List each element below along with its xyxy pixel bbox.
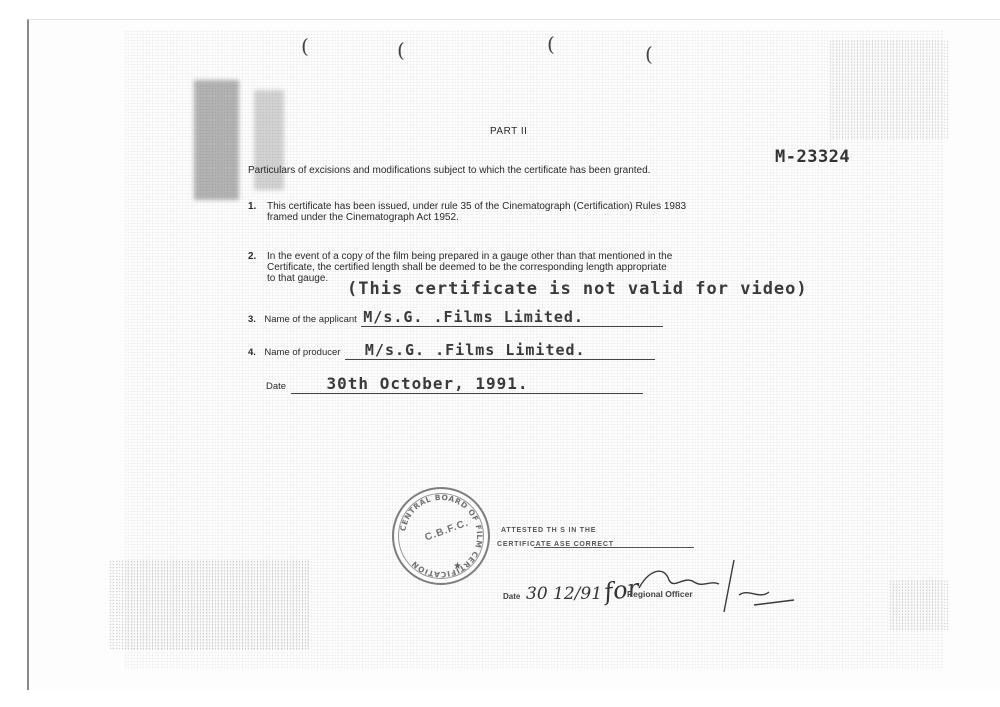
field-value: M/s.G. .Films Limited. (345, 341, 655, 360)
scan-noise (889, 580, 949, 630)
field-producer: 4. Name of producer M/s.G. .Films Limite… (248, 341, 688, 360)
star-icon: ★ (453, 561, 462, 572)
field-label: Name of the applicant (264, 314, 356, 325)
intro-text: Particulars of excisions and modificatio… (248, 165, 650, 176)
field-label: Name of producer (264, 347, 340, 358)
clause-number: 2. (248, 251, 256, 262)
attestation-date-label: Date (503, 592, 520, 601)
document-page: ( ( ( ( PART II M-23324 Particulars of e… (27, 19, 1000, 690)
clause-text-line: Certificate, the certified length shall … (267, 262, 667, 273)
field-applicant: 3. Name of the applicant M/s.G. .Films L… (248, 308, 688, 327)
clause-text-line: framed under the Cinematograph Act 1952. (267, 212, 459, 223)
signature-scrawl-icon (609, 550, 809, 620)
scan-mark: ( (547, 32, 555, 56)
scan-noise (109, 560, 309, 650)
field-label: Date (266, 381, 286, 392)
field-number: 3. (248, 314, 256, 325)
field-number: 4. (248, 347, 256, 358)
scan-mark: ( (645, 42, 653, 66)
scan-mark: ( (301, 34, 309, 58)
field-value: 30th October, 1991. (291, 374, 643, 394)
clause-text-line: In the event of a copy of the film being… (267, 251, 672, 262)
part-title: PART II (490, 126, 527, 137)
field-date: Date 30th October, 1991. (266, 374, 686, 394)
clause-text-line: to that gauge. (267, 273, 328, 284)
scan-mark: ( (397, 38, 405, 62)
scan-noise (829, 40, 949, 140)
attestation-line: ATTESTED TH S IN THE (501, 527, 596, 534)
clause-text-line: This certificate has been issued, under … (267, 201, 686, 212)
attestation-rule (534, 547, 694, 548)
clause-1: 1. This certificate has been issued, und… (248, 201, 808, 225)
field-value: M/s.G. .Films Limited. (361, 308, 663, 327)
scan-smudge (194, 80, 239, 200)
clause-number: 1. (248, 201, 256, 212)
attestation-date-handwritten: 30 12/91 (526, 584, 602, 604)
certificate-number: M-23324 (775, 147, 850, 167)
official-stamp: CENTRAL BOARD OF FILM CERTIFICATION C.B.… (392, 487, 490, 585)
validity-note: (This certificate is not valid for video… (347, 279, 808, 299)
